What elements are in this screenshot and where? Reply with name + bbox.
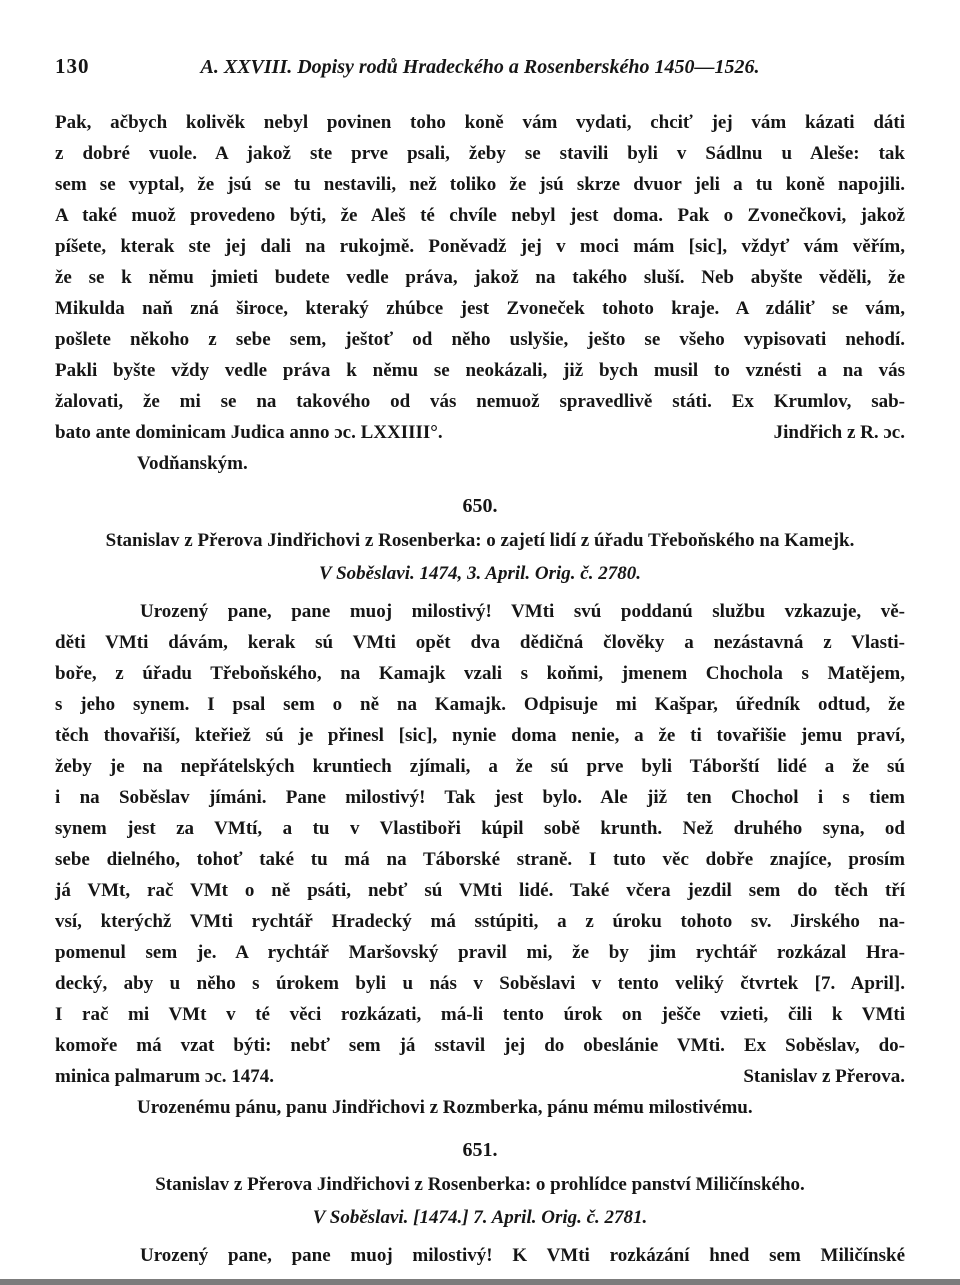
page-number: 130 (55, 54, 90, 79)
closing-text: minica palmarum ɔc. 1474. (55, 1061, 274, 1092)
letter-650-heading: Stanislav z Přerova Jindřichovi z Rosenb… (55, 526, 905, 556)
text-line: Urozený pane, pane muoj milostivý! K VMt… (55, 1240, 905, 1271)
letter-650-closing: minica palmarum ɔc. 1474. Stanislav z Př… (55, 1061, 905, 1092)
letter-prev-address: Vodňanským. (55, 448, 905, 479)
text-line: pomenul sem je. A rychtář Maršovský prav… (55, 937, 905, 968)
text-line: že se k němu jmieti budete vedle práva, … (55, 262, 905, 293)
letter-prev-closing: bato ante dominicam Judica anno ɔc. LXXI… (55, 417, 905, 448)
text-line: I rač mi VMt v té věci rozkázati, má-li … (55, 999, 905, 1030)
text-line: žalovati, že mi se na takového od vás ne… (55, 386, 905, 417)
signature: Stanislav z Přerova. (743, 1061, 905, 1092)
letter-650-dateline: V Soběslavi. 1474, 3. April. Orig. č. 27… (55, 559, 905, 589)
letter-650-address: Urozenému pánu, panu Jindřichovi z Rozmb… (55, 1092, 905, 1123)
text-line: synem jest za VMtí, a tu v Vlastiboři kú… (55, 813, 905, 844)
text-line: komoře má vzat býti: nebť sem já sstavil… (55, 1030, 905, 1061)
letter-651-dateline: V Soběslavi. [1474.] 7. April. Orig. č. … (55, 1203, 905, 1233)
text-line: Mikulda naň zná široce, kteraký zhúbce j… (55, 293, 905, 324)
signature: Jindřich z R. ɔc. (774, 417, 905, 448)
text-line: žeby je na nepřátelských kruntiech zjíma… (55, 751, 905, 782)
text-line: těch thovařiší, kteřiež sú je přinesl [s… (55, 720, 905, 751)
text-line: z dobré vuole. A jakož ste prve psali, ž… (55, 138, 905, 169)
text-line: sem se vyptal, že jsú se tu nestavili, n… (55, 169, 905, 200)
text-line: píšete, kterak ste jej dali na rukojmě. … (55, 231, 905, 262)
closing-text: bato ante dominicam Judica anno ɔc. LXXI… (55, 417, 443, 448)
text-line: Pakli byšte vždy vedle práva k němu se n… (55, 355, 905, 386)
text-line: vsí, kterýchž VMti rychtář Hradecký má s… (55, 906, 905, 937)
scan-edge-bar (0, 1279, 960, 1285)
section-number-650: 650. (55, 491, 905, 521)
text-line: sebe dielného, tohoť také tu má na Tábor… (55, 844, 905, 875)
text-line: i na Soběslav jímáni. Pane milostivý! Ta… (55, 782, 905, 813)
text-line: boře, z úřadu Třeboňského, na Kamajk vza… (55, 658, 905, 689)
text-line: decký, aby u něho s úrokem byli u nás v … (55, 968, 905, 999)
running-title: A. XXVIII. Dopisy rodů Hradeckého a Rose… (55, 56, 905, 79)
letter-650-body: Urozený pane, pane muoj milostivý! VMti … (55, 596, 905, 1061)
section-number-651: 651. (55, 1135, 905, 1165)
book-page: 130 A. XXVIII. Dopisy rodů Hradeckého a … (0, 0, 960, 1285)
text-line: já VMt, rač VMt o ně psáti, nebť sú VMti… (55, 875, 905, 906)
letter-651-body: Urozený pane, pane muoj milostivý! K VMt… (55, 1240, 905, 1271)
running-header: 130 A. XXVIII. Dopisy rodů Hradeckého a … (55, 0, 905, 86)
text-line: Pak, ačbych kolivěk nebyl povinen toho k… (55, 107, 905, 138)
text-line: Urozený pane, pane muoj milostivý! VMti … (55, 596, 905, 627)
text-line: pošlete někoho z sebe sem, ještoť od něh… (55, 324, 905, 355)
text-line: A také muož provedeno býti, že Aleš té c… (55, 200, 905, 231)
text-line: děti VMti dávám, kerak sú VMti opět dva … (55, 627, 905, 658)
text-line: s jeho synem. I psal sem o ně na Kamajk.… (55, 689, 905, 720)
letter-651-heading: Stanislav z Přerova Jindřichovi z Rosenb… (55, 1170, 905, 1200)
letter-prev-body: Pak, ačbych kolivěk nebyl povinen toho k… (55, 107, 905, 417)
